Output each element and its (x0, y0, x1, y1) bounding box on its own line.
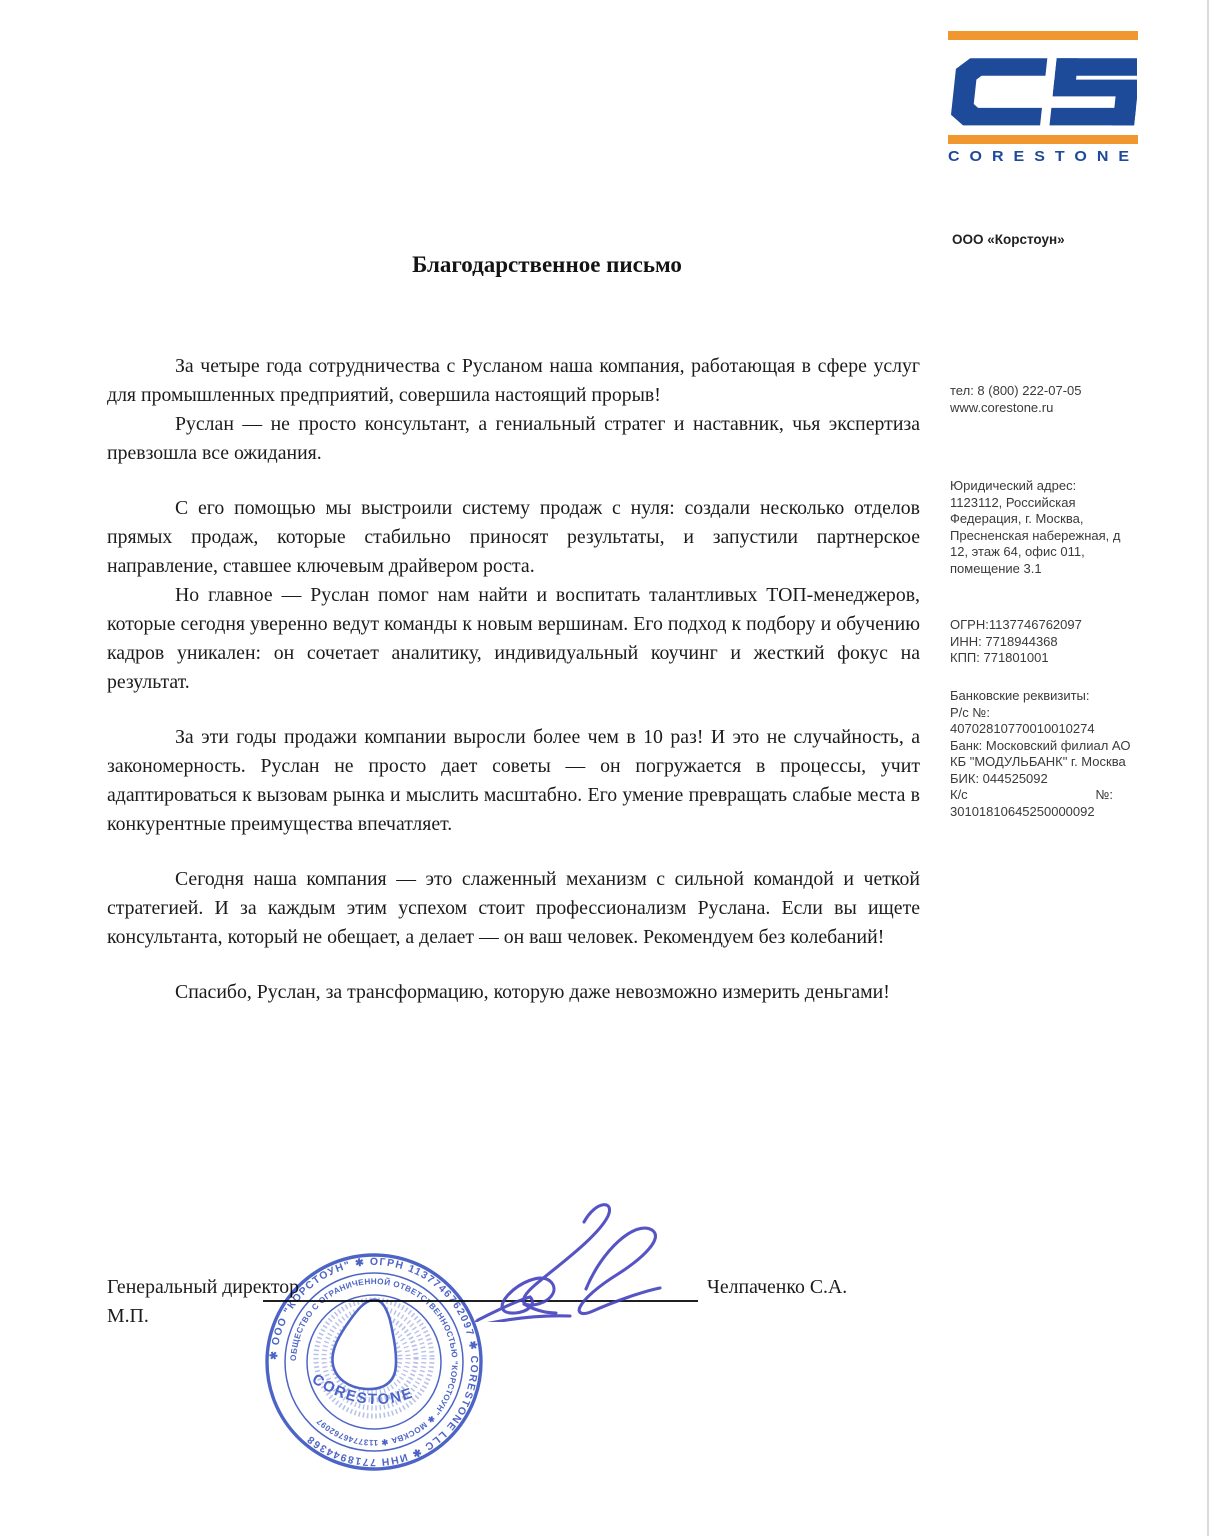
stamp-stone-icon (332, 1300, 396, 1389)
corestone-logo: CORESTONE (948, 31, 1138, 166)
paragraph: За эти годы продажи компании выросли бол… (107, 723, 920, 839)
website: www.corestone.ru (950, 400, 1155, 417)
account-number: 40702810770010010274 (950, 721, 1155, 738)
inn: ИНН: 7718944368 (950, 634, 1155, 651)
phone: тел: 8 (800) 222-07-05 (950, 383, 1155, 400)
paragraph: Спасибо, Руслан, за трансформацию, котор… (107, 978, 920, 1007)
ogrn: ОГРН:1137746762097 (950, 617, 1155, 634)
scan-edge-line (1207, 0, 1209, 1536)
page-title: Благодарственное письмо (107, 252, 987, 278)
company-name: ООО «Корстоун» (952, 232, 1065, 247)
sidebar-bank-details: Банковские реквизиты: Р/с №: 40702810770… (950, 688, 1155, 820)
sidebar-legal-address: Юридический адрес: 1123112, Российская Ф… (950, 478, 1155, 577)
corr-label: К/с (950, 787, 968, 804)
legal-address-line: Федерация, г. Москва, (950, 511, 1155, 528)
bank-name-line: Банк: Московский филиал АО (950, 738, 1155, 755)
letter-page: CORESTONE ООО «Корстоун» Благодарственно… (0, 0, 1214, 1536)
kpp: КПП: 771801001 (950, 650, 1155, 667)
paragraph: За четыре года сотрудничества с Русланом… (107, 352, 920, 410)
letter-body: За четыре года сотрудничества с Русланом… (107, 352, 920, 1007)
legal-address-line: помещение 3.1 (950, 561, 1155, 578)
legal-address-label: Юридический адрес: (950, 478, 1155, 495)
legal-address-line: 1123112, Российская (950, 495, 1155, 512)
bank-details-label: Банковские реквизиты: (950, 688, 1155, 705)
logo-bottom-bar (948, 135, 1138, 144)
corr-no-label: №: (1095, 787, 1113, 804)
signer-name: Челпаченко С.А. (707, 1276, 847, 1299)
corr-number: 30101810645250000092 (950, 804, 1155, 821)
seal-place-note: М.П. (107, 1305, 149, 1328)
paragraph: Но главное — Руслан помог нам найти и во… (107, 581, 920, 697)
legal-address-line: Пресненская набережная, д (950, 528, 1155, 545)
bank-name-line: КБ "МОДУЛЬБАНК" г. Москва (950, 754, 1155, 771)
paragraph: Руслан — не просто консультант, а гениал… (107, 410, 920, 468)
cs-monogram-icon (949, 46, 1137, 130)
handwritten-signature (438, 1192, 698, 1322)
paragraph: С его помощью мы выстроили систему прода… (107, 494, 920, 581)
sidebar-contacts: тел: 8 (800) 222-07-05 www.corestone.ru (950, 383, 1155, 416)
logo-wordmark: CORESTONE (948, 148, 1138, 165)
account-label: Р/с №: (950, 705, 1155, 722)
legal-address-line: 12, этаж 64, офис 011, (950, 544, 1155, 561)
paragraph: Сегодня наша компания — это слаженный ме… (107, 865, 920, 952)
sidebar-registration: ОГРН:1137746762097 ИНН: 7718944368 КПП: … (950, 617, 1155, 667)
logo-top-bar (948, 31, 1138, 40)
bik: БИК: 044525092 (950, 771, 1155, 788)
corr-row: К/с№: (950, 787, 1155, 804)
